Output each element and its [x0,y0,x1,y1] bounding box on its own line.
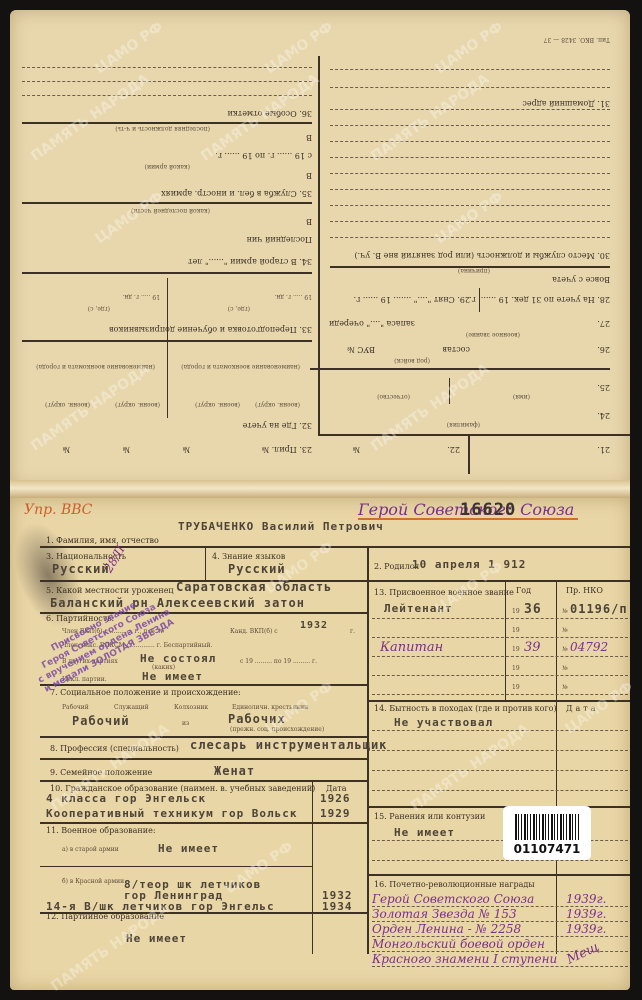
birthplace-line-2: Баланский рн Алексеевский затон [50,596,305,610]
rank-order-prefix: № [562,646,568,653]
civil-edu-year: 1926 [320,792,351,805]
rank-order-prefix: № [562,684,568,691]
field-30-label: 30. Место службы и должность (или род за… [354,251,610,260]
field-24-label: 24. [597,411,610,420]
barcode-icon [515,814,579,840]
field-6-candidate-tail: г. [350,628,355,635]
rank-year-prefix: 19 [512,684,520,691]
field-33-hint-2: (где, с) [88,305,110,312]
field-34-label: 34. В старой армии "......" лет [188,257,312,266]
birth-date: 10 апреля 1 912 [412,558,526,571]
award-row-line [372,966,628,967]
field-14-value: Не участвовал [394,716,493,729]
field-23-label: 23. Прил. № [262,445,312,454]
field-31-label: 31. Домашний адрес [522,99,610,108]
rank-order-prefix: № [562,608,568,615]
birthplace-line-1: Саратовская область [176,580,332,594]
award-name: Орден Ленина - № 2258 [372,922,521,936]
field-7-label: 7. Социальное положение и происхождение: [50,688,241,697]
field-32-label: 32. Где на учете [243,421,312,430]
exclude-value: Не имеет [142,670,203,683]
field-14-label: 14. Бытность в походах (где и против ког… [374,704,557,713]
field-26-hint: (род войск) [394,357,430,364]
rank-year: 39 [524,640,541,655]
field-21-label: 21. [597,445,610,454]
print-note: Тип. ВКО. 3428 — 37 [544,36,610,43]
rank-row-line [372,694,628,695]
field-35-army-hint: (какой армии) [145,163,190,170]
field-6-other-period: с 19 ......... по 19 ......... г. [240,658,317,665]
field-11a-value: Не имеет [158,842,219,855]
field-22-no: № [352,445,360,454]
card-fold [10,480,630,498]
social-status-value: Рабочий [72,714,130,728]
field-34-rank: Последний чин [246,235,312,244]
field-32-hint-1: (военн. округ) [255,401,300,408]
rank-order-number: 04792 [570,640,608,654]
field-23-no-3: № [62,445,70,454]
award-name: Золотая Звезда № 153 [372,907,517,921]
award-name: Монгольский боевой орден [372,937,545,951]
family-status-value: Женат [214,764,255,778]
field-3-value: Русский [52,562,110,576]
social-col-worker: Рабочий [62,704,89,711]
field-33-label: 33. Переподготовка и обучение допризывни… [109,325,312,334]
rank-year: 36 [524,602,542,617]
field-33-hint-1: (где, с) [228,305,250,312]
field-33-row: 19 ..... г. дн. [274,293,312,300]
branch-note: Упр. ВВС [24,502,92,518]
candidate-year: 1932 [300,620,328,631]
rank-order-number: 01196/п [570,602,628,616]
field-29-label: 29. Снят "...." ....... 19 ...... г. [354,295,470,304]
award-year: 1939г. [566,892,606,906]
field-25-label: 25. [597,383,610,392]
field-24-hint: (фамилия) [447,421,480,428]
civil-edu-year: 1929 [320,807,351,820]
field-15-value: Не имеет [394,826,455,839]
field-6-candidate: Канд. ВКП(б) с [230,628,278,635]
field-4-label: 4. Знание языков [212,552,285,561]
field-15-label: 15. Ранения или контузии [374,812,485,821]
award-year: 1939г. [566,907,606,921]
civil-edu-name: Кооперативный техникум гор Вольск [46,807,298,820]
rank-year-prefix: 19 [512,608,520,615]
field-32-hint-3: (военн. округ) [115,401,160,408]
field-22-label: 22. [447,445,460,454]
rank-order-prefix: № [562,627,568,634]
field-32-place-hint-1: (наименование военкомата и города) [181,363,300,370]
field-26-mid: состав [443,345,470,354]
field-27-hint: (военное звание) [466,331,520,338]
rank-row-line [372,675,628,676]
field-28-label: 28. На учете по 31 дек. 19 ....... г. [469,295,610,304]
barcode-number: 01107471 [503,842,591,856]
field-35-pos: В [306,133,312,142]
field-33-row-2: 19 ..... г. дн. [122,293,160,300]
rank-order-prefix: № [562,665,568,672]
profession-value: слесарь инструментальщик [190,738,387,752]
field-8-label: 8. Профессия (специальность) [50,744,179,753]
award-name: Красного знамени I ступени [372,952,557,966]
social-from: из [182,720,189,727]
field-25-name-hint: (имя) [513,393,530,400]
field-1-label: 1. Фамилия, имя, отчество [46,536,159,545]
full-name: ТРУБАЧЕНКО Василий Петрович [178,520,384,533]
rank-row-line [372,656,628,657]
field-23-no: № [182,445,190,454]
card-number: 16620 [460,500,516,520]
rank-row-line [372,618,628,619]
social-col-employee: Служащий [114,704,149,711]
removed-hint: (причина) [458,267,490,274]
field-13-order-label: Пр. НКО [566,586,603,595]
field-35-pos-hint: (последняя должность и ч-ть) [115,125,210,132]
field-11a-label: а) в старой армии [62,846,119,853]
field-11-label: 11. Военное образование: [46,826,156,835]
removed-label: Вовсе с учета [552,275,610,284]
field-35-period: с 19 ...... г. по 19 ...... г. [215,151,312,160]
field-11b-label: б) в Красной армии [62,878,124,885]
rank-row-line [372,637,628,638]
social-col-kolkhoz: Колхозник [174,704,208,711]
field-26-label: 26. [597,345,610,354]
field-25-patr-hint: (отчество) [377,393,410,400]
field-16-label: 16. Почетно-революционные награды [374,880,535,889]
rank-value: Капитан [380,640,443,655]
award-name: Герой Советского Союза [372,892,534,906]
field-23-no-2: № [122,445,130,454]
rank-year-prefix: 19 [512,646,520,653]
field-26-vus: ВУС № [347,345,375,354]
field-34-unit: В [306,217,312,226]
field-35-army: В [306,171,312,180]
field-35-label: 35. Служба в бел. и иностр. армиях [161,189,312,198]
award-year: 1939г. [566,922,606,936]
field-32-hint-2: (военн. округ) [195,401,240,408]
field-27-tail: запаса "...." очереди [329,319,415,328]
rank-year-prefix: 19 [512,627,520,634]
field-13-year-label: Год [516,586,531,595]
archive-barcode: 01107471 [503,806,591,860]
rank-year-prefix: 19 [512,665,520,672]
field-27-label: 27. [597,319,610,328]
